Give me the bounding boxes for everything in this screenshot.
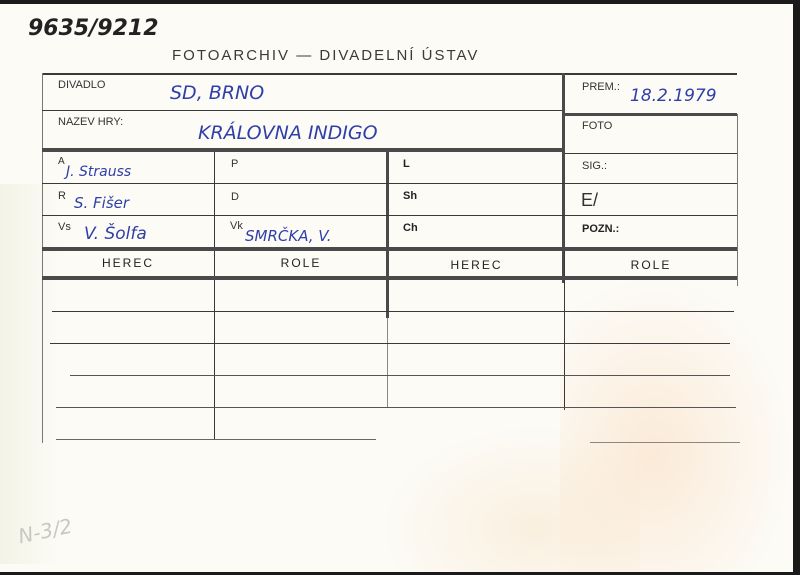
divider <box>565 113 737 116</box>
vk-label: Vk <box>230 220 243 232</box>
divider <box>214 152 215 439</box>
divider <box>56 407 736 408</box>
divider <box>42 247 737 251</box>
archive-card: 9635/9212 FOTOARCHIV — DIVADELNÍ ÚSTAV D… <box>0 4 793 572</box>
divider <box>590 442 740 443</box>
foto-label: FOTO <box>582 120 612 132</box>
archive-header-title: FOTOARCHIV — DIVADELNÍ ÚSTAV <box>172 47 479 64</box>
nazev-hry-label: NAZEV HRY: <box>58 116 123 128</box>
e-label: E/ <box>581 190 598 211</box>
a-label: A <box>58 156 65 167</box>
divadlo-value[interactable]: SD, BRNO <box>170 82 264 104</box>
role-header-2: ROLE <box>565 258 737 272</box>
role-header-1: ROLE <box>215 256 387 270</box>
r-value[interactable]: S. Fišer <box>74 194 129 212</box>
vk-value[interactable]: SMRČKA, V. <box>245 227 332 245</box>
nazev-hry-value[interactable]: KRÁLOVNA INDIGO <box>198 122 378 144</box>
divider <box>42 110 562 111</box>
divider <box>387 318 388 408</box>
divadlo-label: DIVADLO <box>58 79 105 91</box>
table-border-right <box>737 114 738 286</box>
divider <box>56 439 376 440</box>
divider <box>564 248 565 410</box>
paper-stain <box>380 424 640 572</box>
sh-label: Sh <box>403 190 417 202</box>
table-border-top <box>42 73 737 75</box>
r-label: R <box>58 190 66 202</box>
vs-label: Vs <box>58 221 71 233</box>
divider <box>70 375 730 376</box>
prem-label: PREM.: <box>582 81 620 93</box>
sig-label: SIG.: <box>582 160 607 172</box>
paper-stain <box>0 184 60 564</box>
divider <box>52 311 734 312</box>
archive-number: 9635/9212 <box>28 16 159 41</box>
l-label: L <box>403 158 410 170</box>
prem-value[interactable]: 18.2.1979 <box>630 86 717 106</box>
p-label: P <box>231 158 238 170</box>
herec-header-1: HEREC <box>42 256 214 270</box>
divider <box>42 215 737 216</box>
divider <box>50 343 730 344</box>
divider <box>42 148 562 152</box>
a-value[interactable]: J. Strauss <box>66 164 131 180</box>
divider <box>42 276 737 280</box>
vs-value[interactable]: V. Šolfa <box>84 224 147 244</box>
herec-header-2: HEREC <box>389 258 564 272</box>
ch-label: Ch <box>403 222 418 234</box>
divider <box>42 183 737 184</box>
divider <box>386 152 389 248</box>
divider <box>565 153 737 154</box>
pozn-label: POZN.: <box>582 223 619 235</box>
d-label: D <box>231 191 239 203</box>
